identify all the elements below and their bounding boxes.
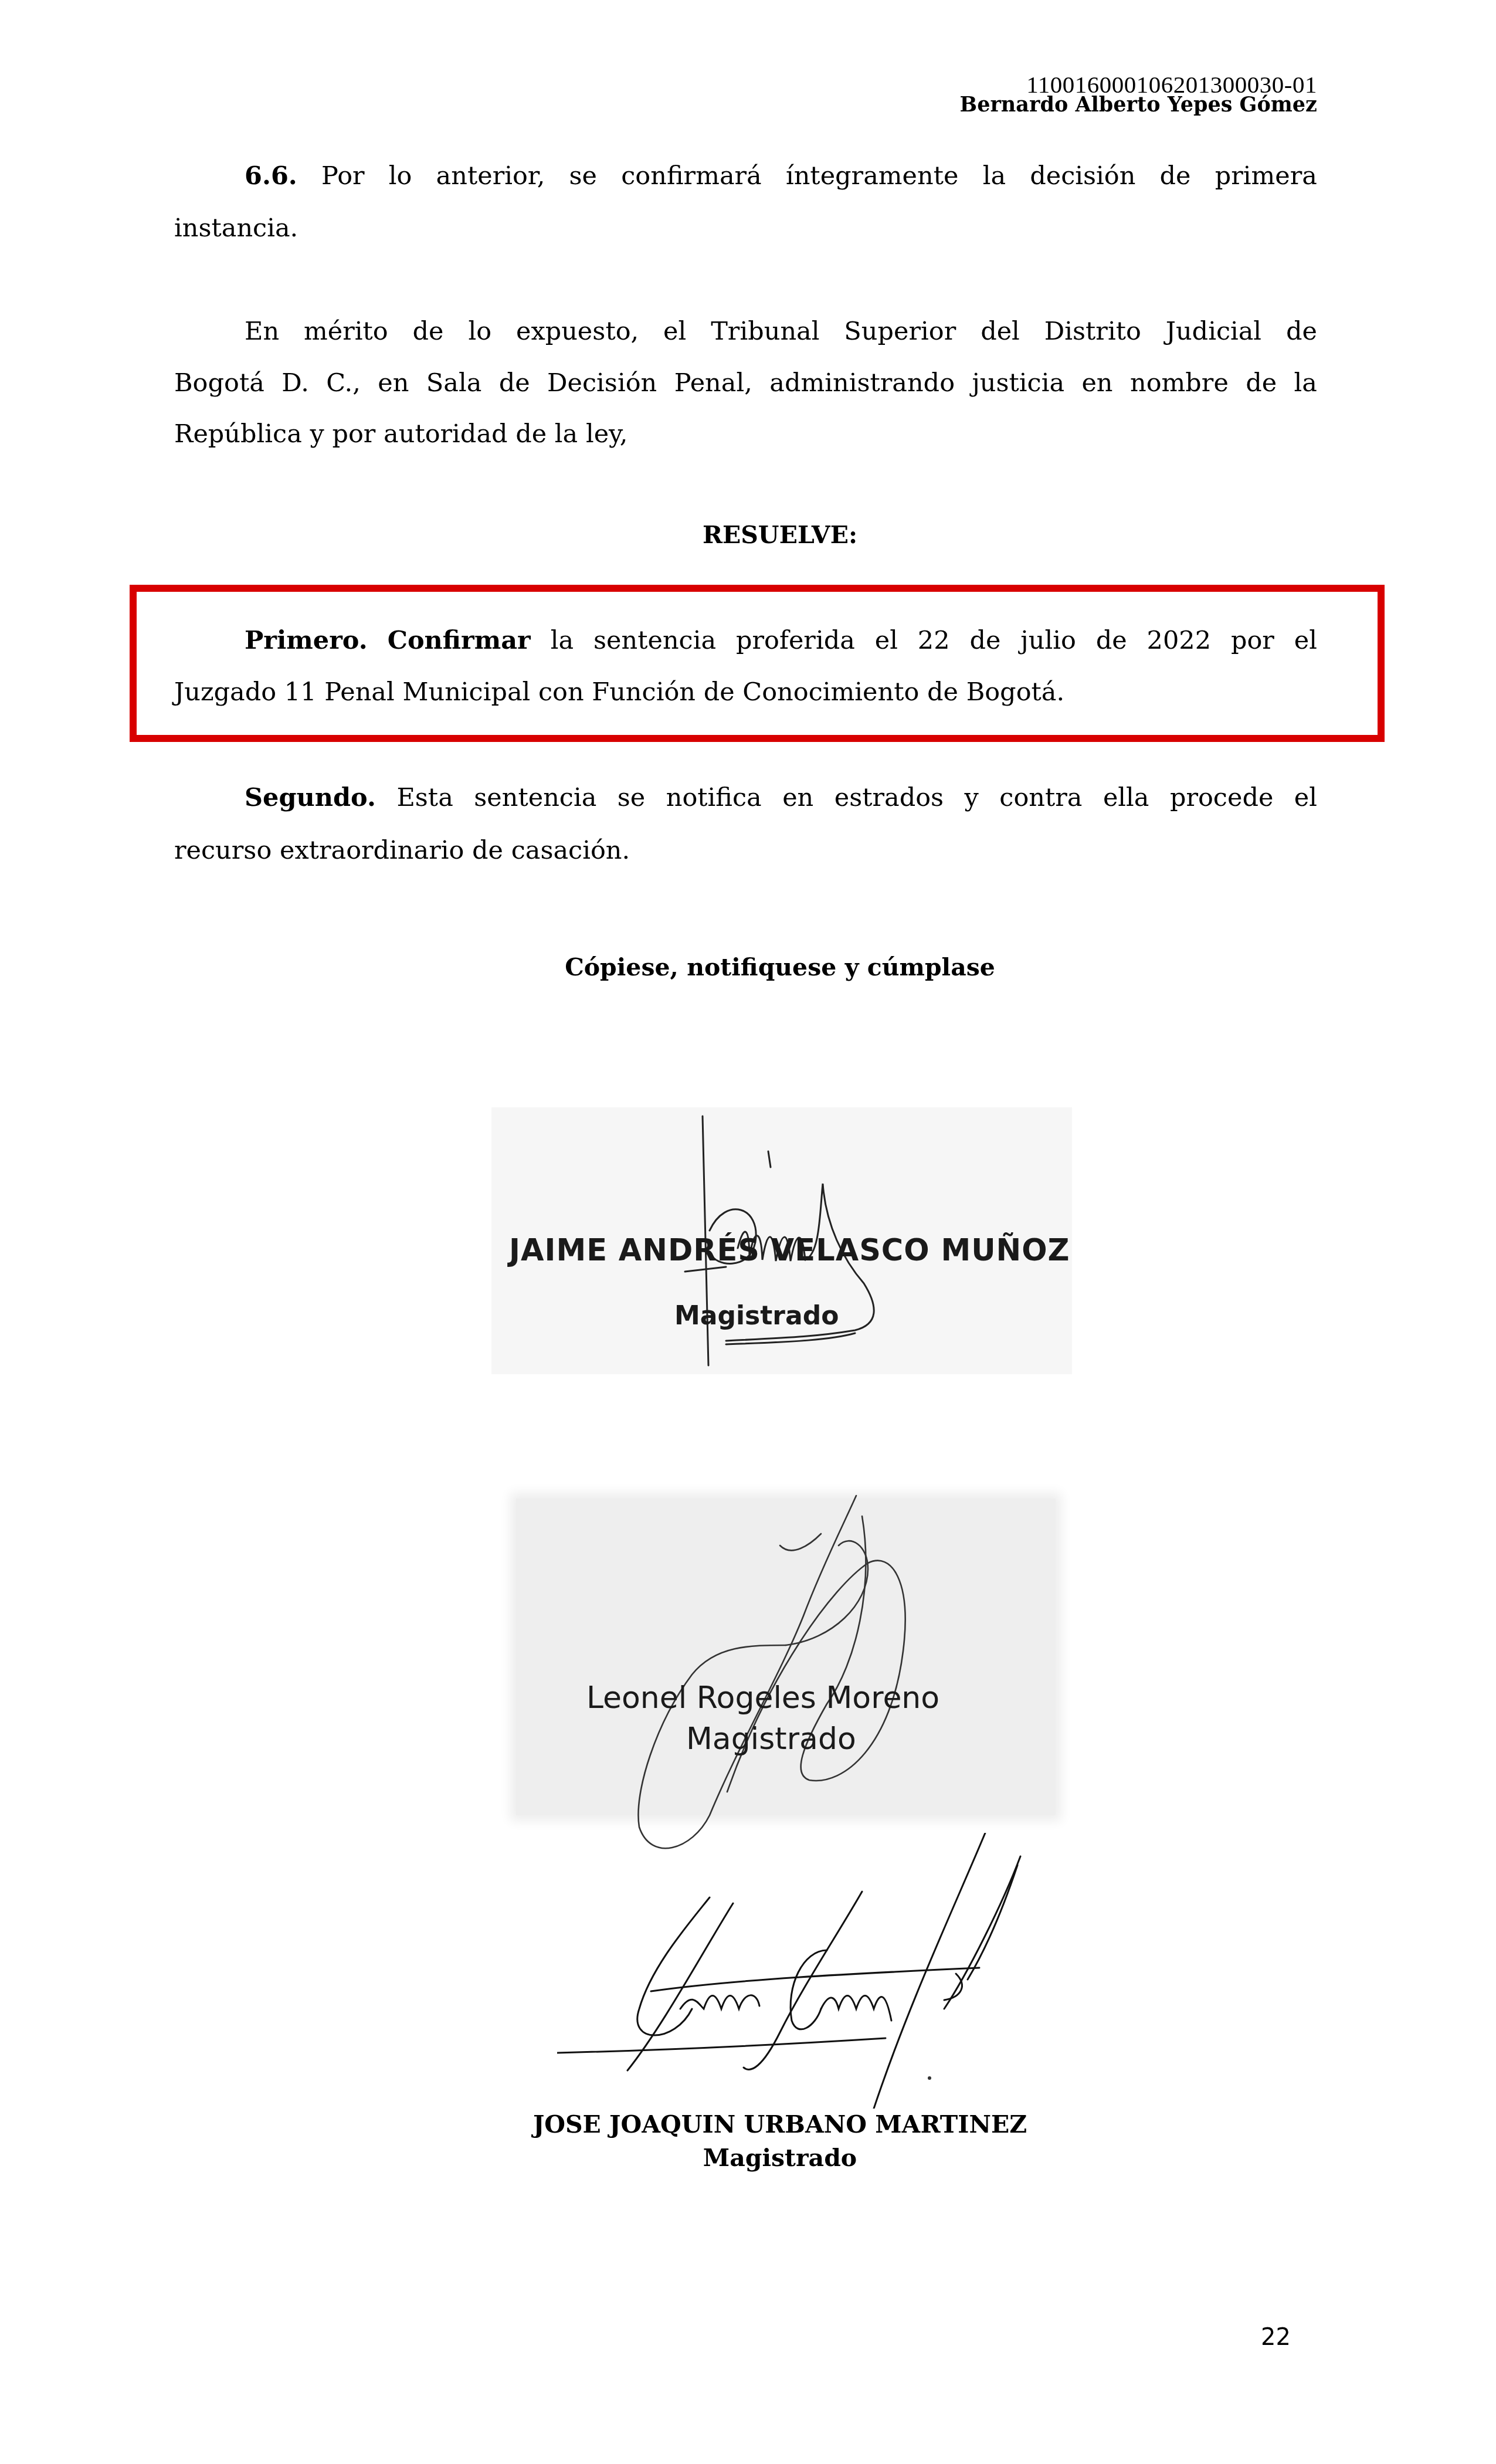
paragraph-number: 6.6. bbox=[245, 161, 297, 191]
primero-label: Primero. bbox=[245, 626, 368, 655]
signature-block-1: JAIME ANDRÉS VELASCO MUÑOZ Magistrado bbox=[491, 1107, 1072, 1374]
merito-line-3: República y por autoridad de la ley, bbox=[174, 416, 1317, 452]
page-number: 22 bbox=[1261, 2324, 1291, 2351]
primero-line-1: Primero. Confirmar la sentencia proferid… bbox=[245, 623, 1317, 658]
primero-line-2: Juzgado 11 Penal Municipal con Función d… bbox=[174, 675, 1317, 710]
signatory-name-1: JAIME ANDRÉS VELASCO MUÑOZ bbox=[509, 1233, 1070, 1268]
paragraph-6-6-line-2: instancia. bbox=[174, 211, 1317, 246]
paragraph-text: Por lo anterior, se confirmará íntegrame… bbox=[321, 161, 1317, 191]
handwritten-signature-2-icon bbox=[516, 1499, 1056, 1827]
segundo-label: Segundo. bbox=[245, 783, 376, 812]
signatory-title-3: Magistrado bbox=[428, 2144, 1132, 2172]
segundo-line-1: Segundo. Esta sentencia se notifica en e… bbox=[245, 780, 1317, 815]
segundo-text: Esta sentencia se notifica en estrados y… bbox=[396, 783, 1317, 812]
segundo-line-2: recurso extraordinario de casación. bbox=[174, 833, 1317, 868]
handwritten-signature-3-icon bbox=[557, 1833, 1026, 2109]
resuelve-heading: RESUELVE: bbox=[428, 521, 1132, 549]
highlight-box bbox=[130, 585, 1385, 742]
primero-text: la sentencia proferida el 22 de julio de… bbox=[551, 626, 1317, 655]
document-author: Bernardo Alberto Yepes Gómez bbox=[960, 93, 1317, 117]
signatory-title-2: Magistrado bbox=[686, 1721, 856, 1757]
signatory-name-3: JOSE JOAQUIN URBANO MARTINEZ bbox=[428, 2110, 1132, 2138]
signatory-name-2: Leonel Rogeles Moreno bbox=[586, 1680, 939, 1716]
merito-line-2: Bogotá D. C., en Sala de Decisión Penal,… bbox=[174, 365, 1317, 401]
paragraph-6-6-line-1: 6.6. Por lo anterior, se confirmará ínte… bbox=[245, 158, 1317, 194]
closing-formula: Cópiese, notifiquese y cúmplase bbox=[428, 953, 1132, 981]
merito-line-1: En mérito de lo expuesto, el Tribunal Su… bbox=[245, 314, 1317, 349]
primero-verb: Confirmar bbox=[388, 626, 531, 655]
signature-block-2: Leonel Rogeles Moreno Magistrado bbox=[516, 1499, 1056, 1815]
signatory-title-1: Magistrado bbox=[674, 1301, 839, 1331]
signature-block-3 bbox=[557, 1833, 1026, 2109]
